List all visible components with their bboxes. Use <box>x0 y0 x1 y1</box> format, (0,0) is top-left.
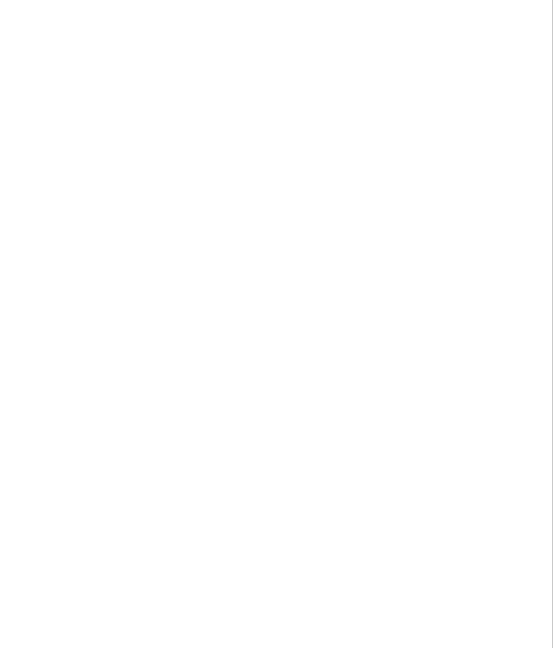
page-edge-line <box>552 0 553 648</box>
